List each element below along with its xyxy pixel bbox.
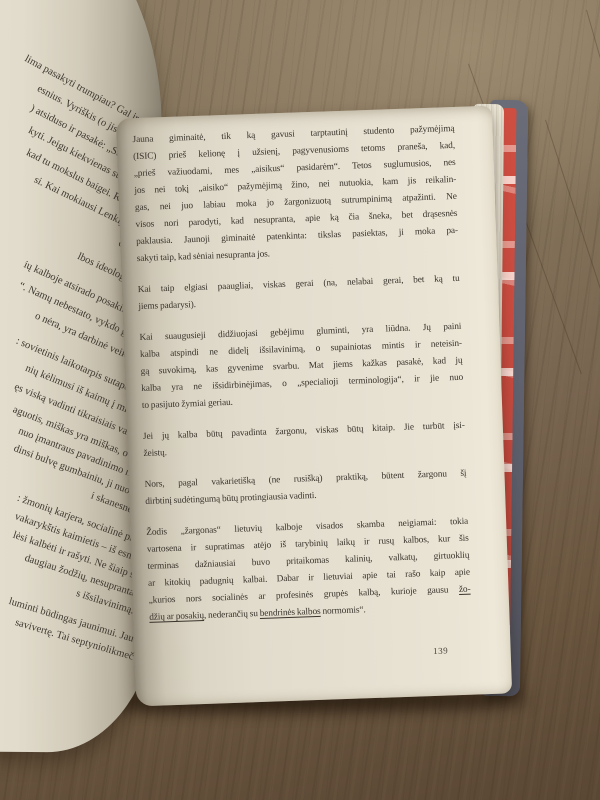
paragraph: Kai taip elgiasi paaugliai, viskas gerai…: [138, 271, 461, 316]
underlined-text: bendrinės kalbos: [260, 607, 321, 619]
page-number: 139: [410, 645, 470, 657]
paragraph: Nors, pagal vakarietišką (ne rusišką) pr…: [144, 466, 467, 511]
underlined-text: džių ar posakių: [149, 611, 204, 623]
right-page[interactable]: Jauna giminaitė, tik ką gavusi tarptauti…: [116, 106, 512, 707]
paragraph: Žodis „žargonas“ lietuvių kalboje visado…: [146, 514, 471, 627]
wood-grain-line: [545, 120, 600, 520]
right-page-text: Jauna giminaitė, tik ką gavusi tarptauti…: [132, 121, 472, 641]
text-segment: dirbtinį sudėtingumą būtų protingiausia …: [145, 491, 317, 507]
underlined-text: žo-: [459, 585, 471, 595]
paragraph: Kai suaugusieji didžiuojasi gebėjimu glu…: [139, 319, 464, 415]
paragraph: Jei jų kalba būtų pavadinta žargonu, vis…: [143, 418, 466, 463]
text-segment: normomis“.: [320, 605, 365, 617]
text-segment: žeistų.: [143, 448, 167, 459]
text-segment: , nederančių su: [204, 609, 260, 621]
paragraph: Jauna giminaitė, tik ką gavusi tarptauti…: [132, 121, 459, 268]
text-segment: sakyti taip, kad sėniai nesupranta jos.: [137, 249, 271, 264]
text-segment: to pasijuto žymiai geriau.: [142, 398, 233, 411]
text-segment: jiems padarysi).: [138, 300, 196, 312]
